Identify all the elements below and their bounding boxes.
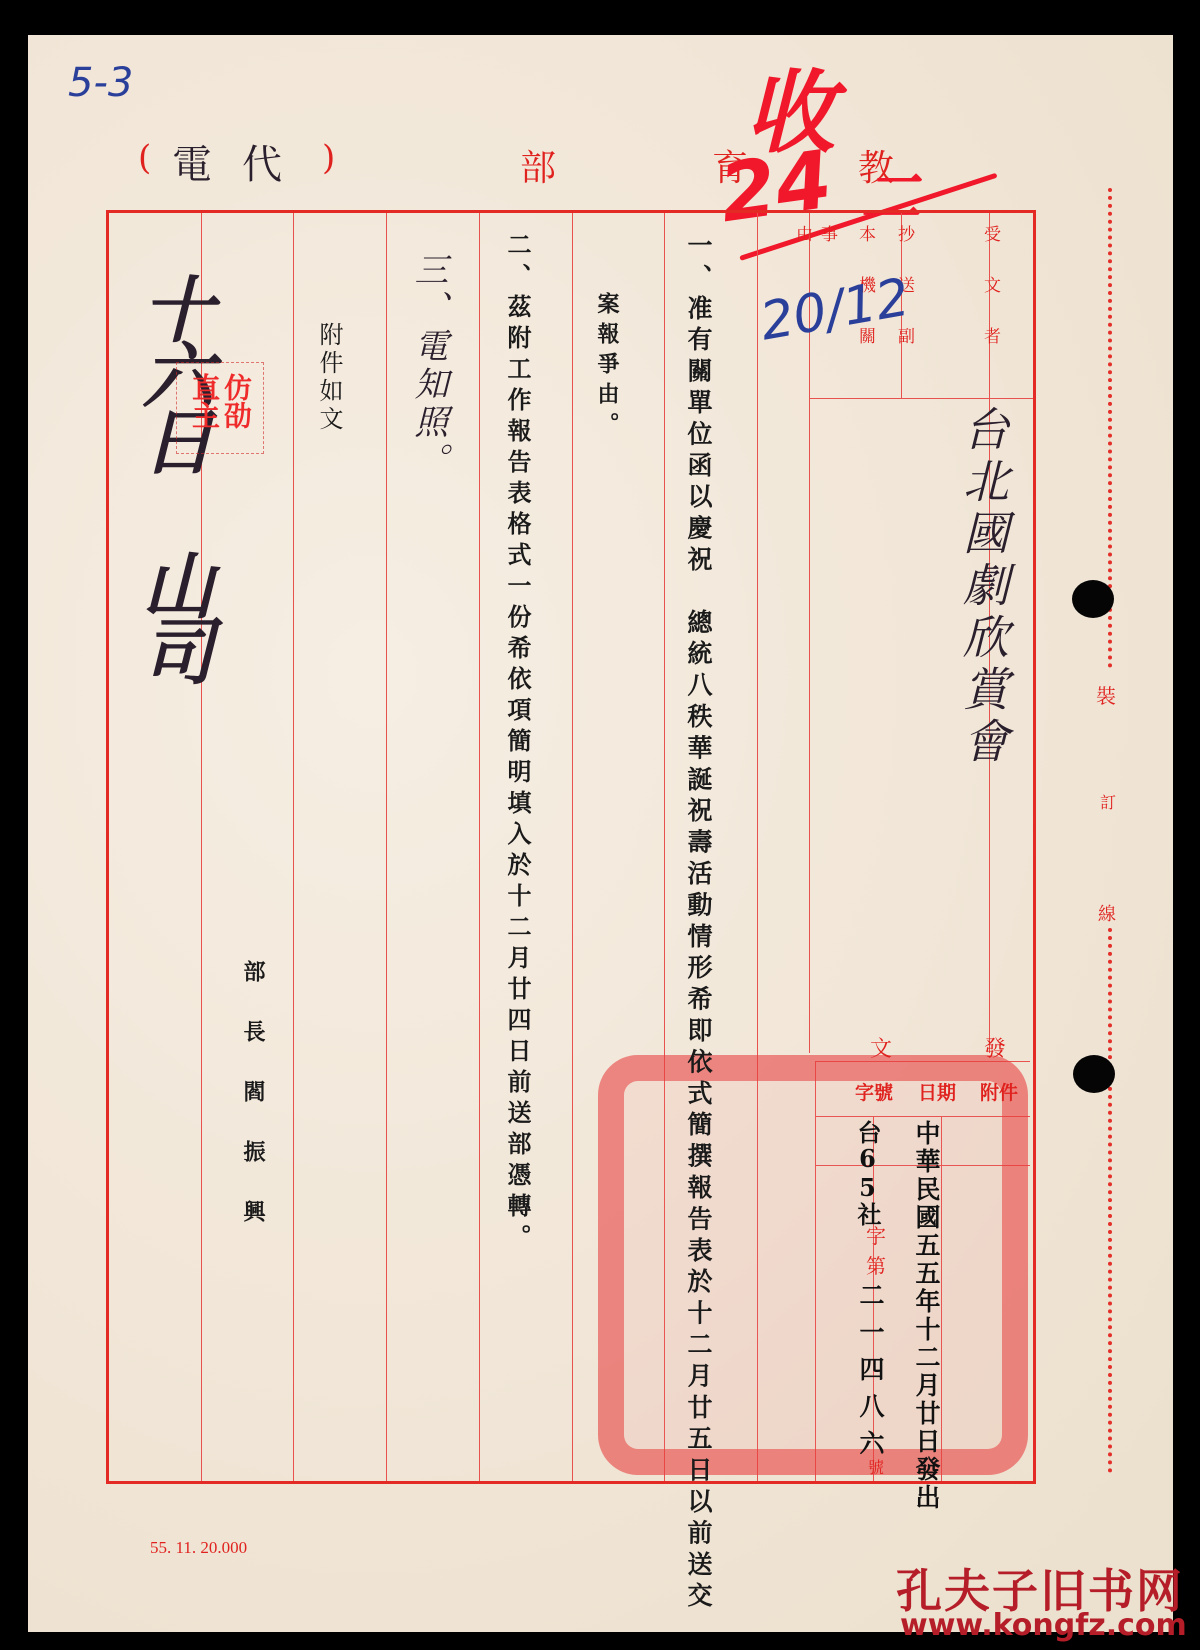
issue-col-attach: 附件 bbox=[980, 1078, 1018, 1105]
binding-char-2: 訂 bbox=[1100, 790, 1116, 813]
official-seal bbox=[598, 1055, 1028, 1475]
issue-col-number: 字號 bbox=[855, 1078, 893, 1105]
header-paren-close: ) bbox=[322, 138, 335, 178]
attachment-note: 附件如文 bbox=[312, 322, 347, 434]
recipient-name: 台北國劇欣賞會 bbox=[950, 405, 1016, 769]
print-code: 55. 11. 20.000 bbox=[150, 1538, 247, 1558]
issue-date-value: 中華民國五五年十二月廿日發出 bbox=[908, 1120, 944, 1512]
binding-char-1: 裝 bbox=[1096, 680, 1116, 709]
issue-number-di: 第 bbox=[866, 1250, 886, 1279]
binding-dotted-line-bottom bbox=[1108, 928, 1116, 1473]
handwritten-file-number: 5-3 bbox=[68, 60, 133, 106]
issue-title-left: 文 bbox=[870, 1032, 892, 1063]
ministry-char-1: 部 bbox=[520, 140, 556, 191]
issue-number-prefix: 台65社 bbox=[850, 1120, 885, 1226]
column-divider bbox=[479, 213, 480, 1481]
body-item-1: 一、准有關單位函以慶祝 總統八秩華誕祝壽活動情形希即依式簡撰報告表於十二月廿五日… bbox=[680, 232, 716, 1614]
punch-hole-top bbox=[1072, 580, 1114, 618]
watermark-url: www.kongfz.com bbox=[900, 1608, 1187, 1643]
seal-text: 直主 bbox=[189, 373, 219, 453]
dispatch-type: 電代 bbox=[172, 133, 312, 190]
issue-col-date: 日期 bbox=[918, 1078, 956, 1105]
approval-seal: 仿劭 直主 bbox=[176, 362, 264, 454]
binding-char-3: 線 bbox=[1098, 900, 1116, 926]
handwritten-signature: 十六日 山司 bbox=[120, 272, 224, 680]
punch-hole-bottom bbox=[1073, 1055, 1115, 1093]
issue-number-zi: 字 bbox=[866, 1220, 886, 1249]
header-paren-open: ( bbox=[138, 138, 151, 178]
seal-text: 仿劭 bbox=[221, 373, 251, 453]
column-divider bbox=[572, 213, 573, 1481]
column-divider bbox=[386, 213, 387, 1481]
minister-name: 部 長 閻 振 興 bbox=[238, 960, 269, 1230]
body-item-3: 三、電知照。 bbox=[404, 252, 453, 480]
issue-number-suffix: 號 bbox=[868, 1455, 884, 1478]
issue-title-right: 發 bbox=[984, 1032, 1006, 1063]
issue-number-value: 二一四八六 bbox=[852, 1282, 888, 1467]
body-item-2: 二、茲附工作報告表格式一份希依項簡明填入於十二月廿四日前送部憑轉。 bbox=[500, 232, 535, 1255]
grid-row-divider bbox=[809, 398, 1033, 399]
column-divider bbox=[293, 213, 294, 1481]
label-recipient: 受文者 bbox=[978, 225, 1003, 380]
body-item-1-continued: 案報爭由。 bbox=[592, 292, 623, 442]
